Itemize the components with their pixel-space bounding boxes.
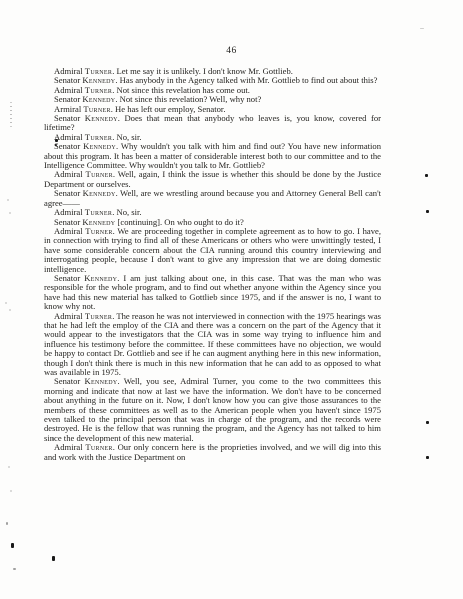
transcript-paragraph: Senator Kennedy. I am just talking about… [44, 274, 381, 312]
scan-speckle [7, 199, 9, 201]
transcript-paragraph: Admiral Turner. The reason he was not in… [44, 312, 381, 378]
speaker-name: Kennedy [83, 188, 116, 198]
scan-speckle [8, 466, 10, 468]
scan-speckle [10, 490, 12, 492]
transcript-paragraph: Senator Kennedy. Does that mean that any… [44, 114, 381, 133]
scan-speckle [425, 174, 428, 177]
scan-speckle [9, 212, 11, 214]
scan-speckle [5, 302, 7, 304]
transcript-paragraph: Senator Kennedy. Well, are we wrestling … [44, 189, 381, 208]
paragraph-text: Well, you see, Admiral Turner, you come … [44, 376, 381, 442]
transcript-paragraph: Admiral Turner. We are proceeding togeth… [44, 227, 381, 274]
scan-speckle [6, 522, 8, 525]
scanned-document-page: 46 Admiral Turner. Let me say it is unli… [0, 0, 463, 599]
scan-speckle [426, 421, 429, 424]
speaker-name: Kennedy [85, 113, 118, 123]
paragraph-text: The reason he was not interviewed in con… [44, 311, 381, 377]
scan-speckle [9, 309, 11, 311]
transcript-paragraph: Senator Kennedy. Well, you see, Admiral … [44, 377, 381, 443]
scan-speckle [55, 144, 57, 146]
scan-speckle [13, 568, 16, 570]
transcript-paragraph: Admiral Turner. Our only concern here is… [44, 443, 381, 462]
page-number: 46 [0, 46, 463, 56]
scan-speckle [10, 102, 12, 127]
scan-speckle [52, 556, 55, 561]
scan-speckle [426, 456, 429, 459]
scan-speckle [11, 543, 14, 548]
scan-speckle [55, 139, 58, 142]
transcript-paragraph: Senator Kennedy. Why wouldn't you talk w… [44, 142, 381, 170]
transcript-body: Admiral Turner. Let me say it is unlikel… [44, 67, 381, 462]
scan-speckle [52, 437, 54, 441]
scan-speckle [426, 210, 429, 213]
scan-speckle [420, 28, 424, 29]
transcript-paragraph: Admiral Turner. Well, again, I think the… [44, 170, 381, 189]
